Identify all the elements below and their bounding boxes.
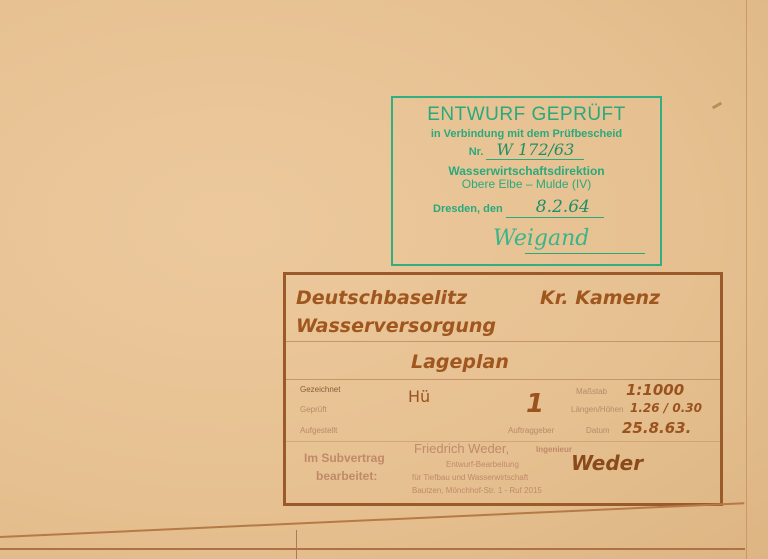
approval-signature: Weigand — [493, 226, 589, 251]
date-label: Dresden, den — [433, 203, 503, 215]
subcontract-label-1: Im Subvertrag — [304, 451, 385, 465]
paper-mark — [712, 102, 722, 110]
approval-line1: in Verbindung mit dem Prüfbescheid — [393, 128, 660, 140]
approval-number: Nr. W 172/63 — [393, 140, 660, 159]
nr-value: W 172/63 — [486, 140, 584, 160]
label-client: Auftraggeber — [508, 426, 554, 435]
label-scale: Maßstab — [576, 387, 607, 396]
paper-crease — [296, 530, 297, 559]
engineer-line2: Entwurf-Bearbeitung — [446, 460, 519, 469]
engineer-title: Ingenieur — [536, 445, 572, 454]
border-line — [0, 502, 744, 538]
nr-label: Nr. — [469, 146, 484, 158]
scale-value: 1:1000 — [626, 381, 684, 399]
heights-value: 1.26 / 0.30 — [630, 401, 702, 415]
border-line — [0, 548, 745, 550]
engineer-name: Friedrich Weder, — [414, 441, 509, 456]
approval-stamp: ENTWURF GEPRÜFT in Verbindung mit dem Pr… — [391, 96, 662, 266]
label-heights: Längen/Höhen — [571, 405, 624, 414]
sheet-number: 1 — [526, 389, 544, 419]
engineer-line3: für Tiefbau und Wasserwirtschaft — [412, 473, 528, 482]
divider — [286, 379, 720, 380]
label-processed: Aufgestellt — [300, 426, 337, 435]
label-checked: Geprüft — [300, 405, 327, 414]
engineer-signature: Weder — [571, 451, 643, 475]
district: Kr. Kamenz — [540, 287, 660, 309]
location: Deutschbaselitz — [296, 287, 467, 309]
drawn-by-initials: Hü — [408, 387, 430, 406]
project: Wasserversorgung — [296, 315, 496, 337]
drawing-title: Lageplan — [411, 351, 509, 373]
title-block: Deutschbaselitz Kr. Kamenz Wasserversorg… — [283, 272, 723, 506]
engineer-address: Bautzen, Mönchhof-Str. 1 - Ruf 2015 — [412, 486, 542, 495]
approval-title: ENTWURF GEPRÜFT — [393, 104, 660, 126]
margin-line — [746, 0, 747, 559]
approval-date: Dresden, den 8.2.64 — [393, 197, 660, 217]
divider — [286, 341, 720, 342]
label-drawn-by: Gezeichnet — [300, 385, 340, 394]
signature-line — [525, 253, 645, 254]
date-value: 8.2.64 — [506, 197, 604, 218]
date-value: 25.8.63. — [622, 419, 691, 437]
authority-line2: Obere Elbe – Mulde (IV) — [393, 178, 660, 191]
label-date: Datum — [586, 426, 610, 435]
subcontract-label-2: bearbeitet: — [316, 469, 377, 483]
